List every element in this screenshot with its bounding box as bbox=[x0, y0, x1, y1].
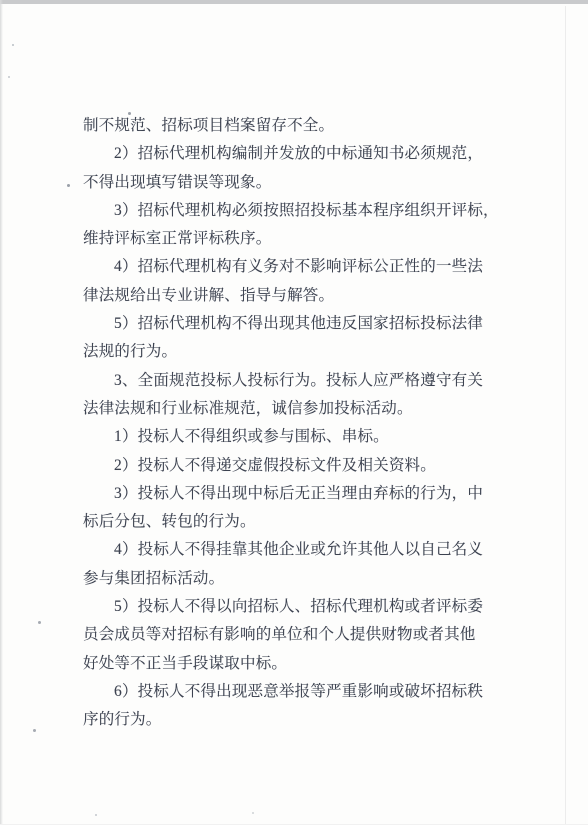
text-line: 法律法规和行业标准规范，诚信参加投标活动。 bbox=[83, 395, 528, 423]
text-line: 4）投标人不得挂靠其他企业或允许其他人以自己名义 bbox=[83, 536, 528, 564]
text-line: 5）投标人不得以向招标人、招标代理机构或者评标委 bbox=[83, 593, 528, 621]
scan-noise-speck bbox=[38, 621, 41, 624]
text-line: 5）招标代理机构不得出现其他违反国家招标投标法律 bbox=[83, 310, 528, 338]
document-text-block: 制不规范、招标项目档案留存不全。2）招标代理机构编制并发放的中标通知书必须规范，… bbox=[83, 112, 528, 735]
scan-noise-speck bbox=[95, 814, 97, 816]
text-line: 3、全面规范投标人投标行为。投标人应严格遵守有关 bbox=[83, 367, 528, 395]
text-line: 序的行为。 bbox=[83, 706, 528, 734]
text-line: 不得出现填写错误等现象。 bbox=[83, 169, 528, 197]
scan-noise-speck bbox=[67, 184, 70, 187]
text-line: 员会成员等对招标有影响的单位和个人提供财物或者其他 bbox=[83, 621, 528, 649]
scan-noise-speck bbox=[33, 729, 36, 732]
scanned-page: 制不规范、招标项目档案留存不全。2）招标代理机构编制并发放的中标通知书必须规范，… bbox=[0, 0, 588, 825]
scan-noise-speck bbox=[12, 44, 14, 46]
page-fold-line bbox=[565, 6, 566, 825]
scanner-edge-top bbox=[0, 0, 588, 4]
text-line: 律法规给出专业讲解、指导与解答。 bbox=[83, 282, 528, 310]
text-line: 3）投标人不得出现中标后无正当理由弃标的行为，中 bbox=[83, 480, 528, 508]
text-line: 好处等不正当手段谋取中标。 bbox=[83, 650, 528, 678]
text-line: 标后分包、转包的行为。 bbox=[83, 508, 528, 536]
scanner-edge-left bbox=[0, 0, 3, 825]
text-line: 3）招标代理机构必须按照招投标基本程序组织开评标， bbox=[83, 197, 528, 225]
text-line: 参与集团招标活动。 bbox=[83, 565, 528, 593]
text-line: 法规的行为。 bbox=[83, 338, 528, 366]
text-line: 2）招标代理机构编制并发放的中标通知书必须规范， bbox=[83, 140, 528, 168]
text-line: 4）招标代理机构有义务对不影响评标公正性的一些法 bbox=[83, 253, 528, 281]
scan-noise-speck bbox=[128, 112, 131, 115]
text-line: 2）投标人不得递交虚假投标文件及相关资料。 bbox=[83, 452, 528, 480]
text-line: 6）投标人不得出现恶意举报等严重影响或破坏招标秩 bbox=[83, 678, 528, 706]
scan-noise-speck bbox=[8, 76, 10, 78]
text-line: 制不规范、招标项目档案留存不全。 bbox=[83, 112, 528, 140]
scan-noise-speck bbox=[252, 812, 254, 814]
text-line: 1）投标人不得组织或参与围标、串标。 bbox=[83, 423, 528, 451]
text-line: 维持评标室正常评标秩序。 bbox=[83, 225, 528, 253]
